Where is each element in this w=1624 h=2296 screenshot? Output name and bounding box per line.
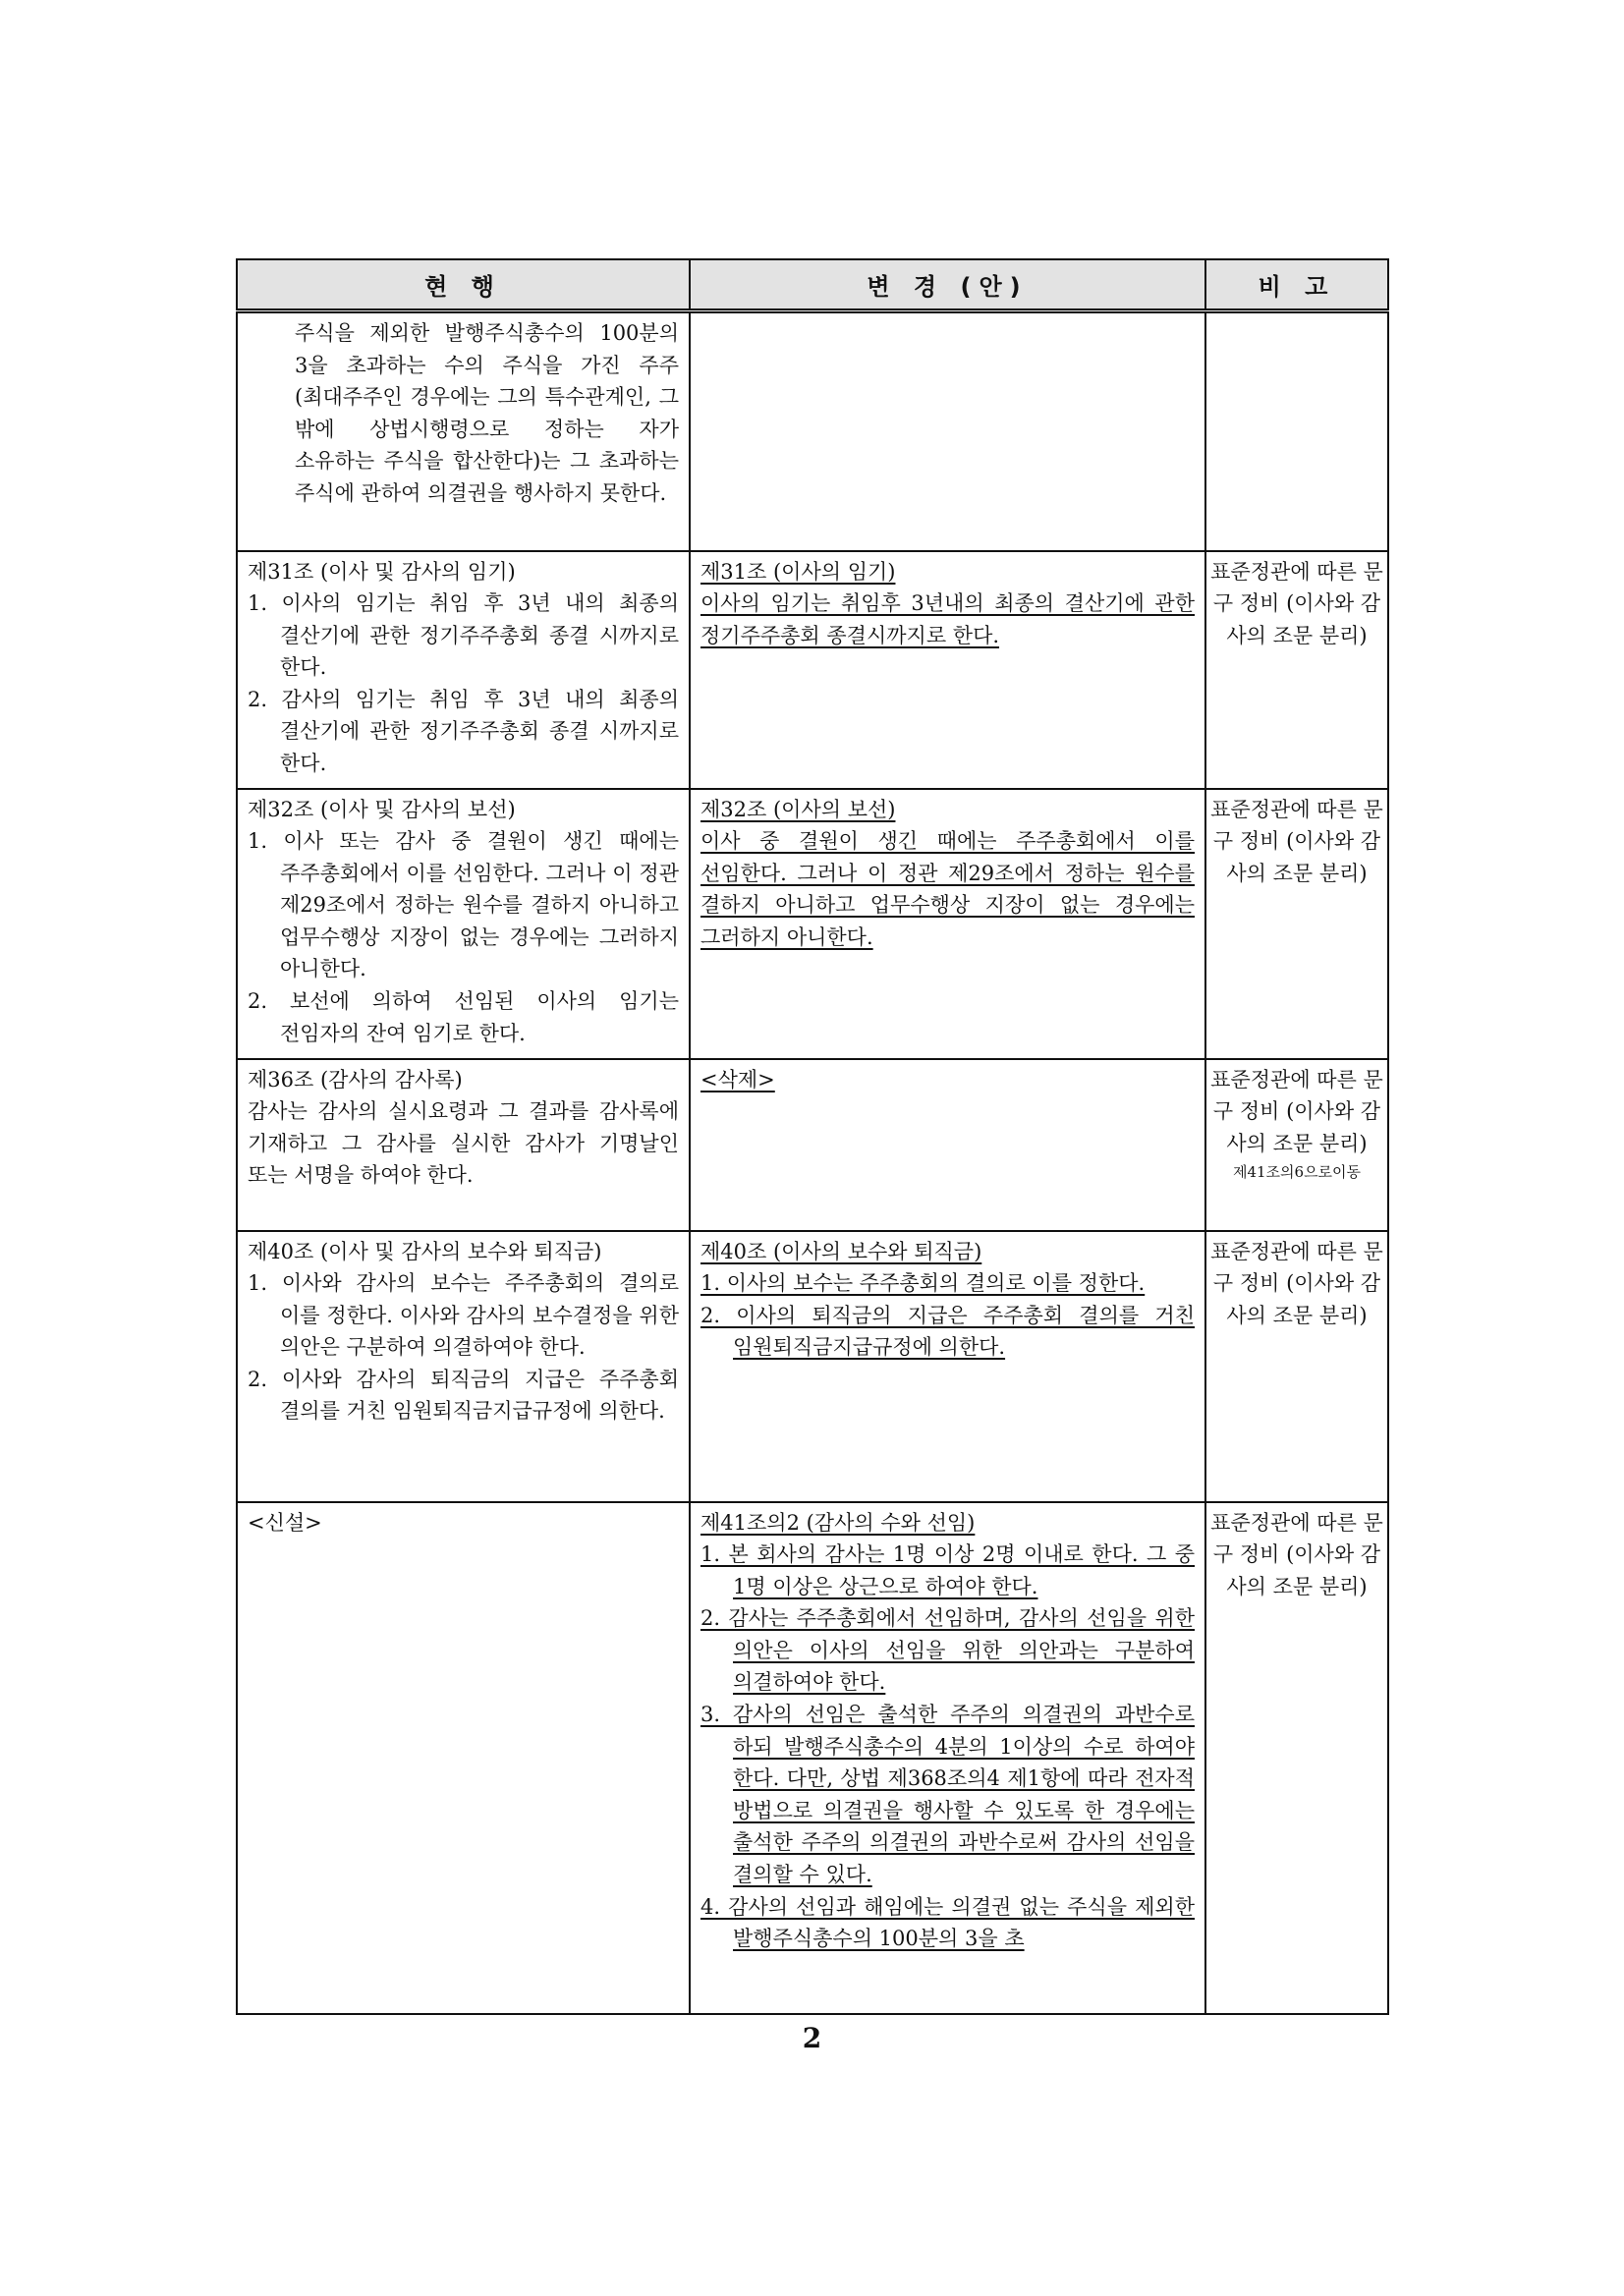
proposed-cell: 제32조 (이사의 보선) 이사 중 결원이 생긴 때에는 주주총회에서 이를 … [690,789,1205,1059]
proposed-cell: 제40조 (이사의 보수와 퇴직금) 1. 이사의 보수는 주주총회의 결의로 … [690,1231,1205,1502]
new-article-marker: <신설> [248,1511,322,1535]
article-item: 2. 보선에 의하여 선임된 이사의 임기는 전임자의 잔여 임기로 한다. [248,985,679,1049]
article-item: 1. 이사와 감사의 보수는 주주총회의 결의로 이를 정한다. 이사와 감사의… [248,1267,679,1364]
proposed-cell: 제41조의2 (감사의 수와 선임) 1. 본 회사의 감사는 1명 이상 2명… [690,1502,1205,2014]
table-row: 제40조 (이사 및 감사의 보수와 퇴직금) 1. 이사와 감사의 보수는 주… [237,1231,1388,1502]
article-title: 제31조 (이사 및 감사의 임기) [248,556,679,588]
table-row: 주식을 제외한 발행주식총수의 100분의 3을 초과하는 수의 주식을 가진 … [237,311,1388,551]
remarks-cell: 표준정관에 따른 문구 정비 (이사와 감사의 조문 분리) [1205,551,1388,789]
article-body: 이사의 임기는 취임후 3년내의 최종의 결산기에 관한 정기주주총회 종결시까… [700,591,1195,647]
deleted-marker: <삭제> [700,1068,775,1092]
article-item: 2. 이사와 감사의 퇴직금의 지급은 주주총회 결의를 거친 임원퇴직금지급규… [248,1364,679,1428]
proposed-cell: <삭제> [690,1059,1205,1231]
article-body: 이사 중 결원이 생긴 때에는 주주총회에서 이를 선임한다. 그러나 이 정관… [700,829,1195,949]
article-item: 4. 감사의 선임과 해임에는 의결권 없는 주식을 제외한 발행주식총수의 1… [700,1895,1195,1951]
article-title: 제31조 (이사의 임기) [700,560,895,584]
proposed-cell [690,311,1205,551]
remarks-cell: 표준정관에 따른 문구 정비 (이사와 감사의 조문 분리) [1205,789,1388,1059]
article-item: 1. 이사의 보수는 주주총회의 결의로 이를 정한다. [700,1271,1145,1295]
article-item: 1. 이사 또는 감사 중 결원이 생긴 때에는 주주총회에서 이를 선임한다.… [248,825,679,985]
current-text: 주식을 제외한 발행주식총수의 100분의 3을 초과하는 수의 주식을 가진 … [248,317,679,510]
remarks-cell: 표준정관에 따른 문구 정비 (이사와 감사의 조문 분리) 제41조의6으로이… [1205,1059,1388,1231]
article-title: 제41조의2 (감사의 수와 선임) [700,1511,975,1535]
table-row: 제31조 (이사 및 감사의 임기) 1. 이사의 임기는 취임 후 3년 내의… [237,551,1388,789]
table-row: <신설> 제41조의2 (감사의 수와 선임) 1. 본 회사의 감사는 1명 … [237,1502,1388,2014]
article-title: 제40조 (이사 및 감사의 보수와 퇴직금) [248,1236,679,1268]
header-current: 현 행 [237,259,690,311]
article-title: 제32조 (이사 및 감사의 보선) [248,794,679,826]
amendment-comparison-table: 현 행 변 경 (안) 비 고 주식을 제외한 발행주식총수의 100분의 3을… [236,258,1389,2015]
proposed-cell: 제31조 (이사의 임기) 이사의 임기는 취임후 3년내의 최종의 결산기에 … [690,551,1205,789]
article-title: 제32조 (이사의 보선) [700,798,895,821]
current-cell: <신설> [237,1502,690,2014]
table-header-row: 현 행 변 경 (안) 비 고 [237,259,1388,311]
remarks-text: 표준정관에 따른 문구 정비 (이사와 감사의 조문 분리) [1206,552,1387,658]
remarks-text: 표준정관에 따른 문구 정비 (이사와 감사의 조문 분리) [1206,1232,1387,1338]
article-title: 제40조 (이사의 보수와 퇴직금) [700,1240,981,1263]
article-item: 2. 감사는 주주총회에서 선임하며, 감사의 선임을 위한 의안은 이사의 선… [700,1606,1195,1694]
current-cell: 제36조 (감사의 감사록) 감사는 감사의 실시요령과 그 결과를 감사록에 … [237,1059,690,1231]
remarks-text: 표준정관에 따른 문구 정비 (이사와 감사의 조문 분리) [1206,1503,1387,1609]
remarks-cell: 표준정관에 따른 문구 정비 (이사와 감사의 조문 분리) [1205,1231,1388,1502]
article-body: 감사는 감사의 실시요령과 그 결과를 감사록에 기재하고 그 감사를 실시한 … [248,1095,679,1192]
remarks-text: 표준정관에 따른 문구 정비 (이사와 감사의 조문 분리) [1206,790,1387,896]
article-item: 2. 감사의 임기는 취임 후 3년 내의 최종의 결산기에 관한 정기주주총회… [248,684,679,780]
current-cell: 주식을 제외한 발행주식총수의 100분의 3을 초과하는 수의 주식을 가진 … [237,311,690,551]
remarks-text: 표준정관에 따른 문구 정비 (이사와 감사의 조문 분리) [1210,1068,1383,1155]
remarks-cell [1205,311,1388,551]
header-proposed: 변 경 (안) [690,259,1205,311]
table-row: 제32조 (이사 및 감사의 보선) 1. 이사 또는 감사 중 결원이 생긴 … [237,789,1388,1059]
remarks-cell: 표준정관에 따른 문구 정비 (이사와 감사의 조문 분리) [1205,1502,1388,2014]
current-cell: 제32조 (이사 및 감사의 보선) 1. 이사 또는 감사 중 결원이 생긴 … [237,789,690,1059]
page-number: 2 [0,2022,1624,2054]
remarks-note: 제41조의6으로이동 [1210,1159,1383,1185]
article-item: 3. 감사의 선임은 출석한 주주의 의결권의 과반수로 하되 발행주식총수의 … [700,1703,1195,1886]
current-cell: 제40조 (이사 및 감사의 보수와 퇴직금) 1. 이사와 감사의 보수는 주… [237,1231,690,1502]
table-row: 제36조 (감사의 감사록) 감사는 감사의 실시요령과 그 결과를 감사록에 … [237,1059,1388,1231]
article-title: 제36조 (감사의 감사록) [248,1064,679,1096]
article-item: 2. 이사의 퇴직금의 지급은 주주총회 결의를 거친 임원퇴직금지급규정에 의… [700,1304,1195,1360]
article-item: 1. 본 회사의 감사는 1명 이상 2명 이내로 한다. 그 중 1명 이상은… [700,1542,1195,1598]
header-remarks: 비 고 [1205,259,1388,311]
current-cell: 제31조 (이사 및 감사의 임기) 1. 이사의 임기는 취임 후 3년 내의… [237,551,690,789]
article-item: 1. 이사의 임기는 취임 후 3년 내의 최종의 결산기에 관한 정기주주총회… [248,588,679,684]
